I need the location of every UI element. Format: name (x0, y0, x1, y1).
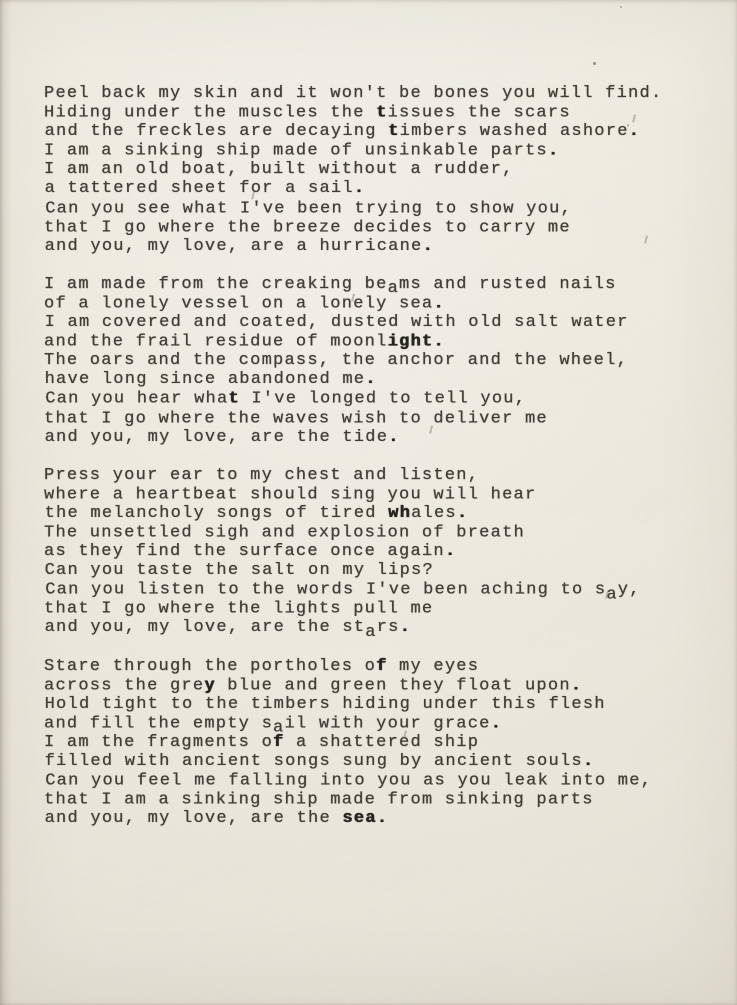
poem: Peel back my skin and it won't be bones … (44, 84, 662, 847)
poem-line: and fill the empty sail with your grace. (44, 714, 662, 733)
poem-line: Can you listen to the words I've been ac… (45, 581, 663, 600)
poem-line: The oars and the compass, the anchor and… (44, 351, 662, 370)
poem-line: Press your ear to my chest and listen, (44, 466, 662, 485)
paper-speck (593, 62, 596, 65)
poem-line: and you, my love, are the sea. (45, 809, 663, 828)
double-struck-text: f (376, 657, 387, 676)
double-struck-text: t (388, 122, 399, 141)
double-struck-text: . (433, 294, 444, 313)
double-struck-text: sea. (342, 809, 388, 828)
double-struck-text: . (445, 542, 456, 561)
poem-line: that I go where the waves wish to delive… (44, 409, 662, 428)
poem-line: have long since abandoned me. (45, 370, 663, 389)
poem-line: and you, my love, are the stars. (45, 618, 663, 637)
poem-line: of a lonely vessel on a lonely sea. (44, 294, 662, 313)
double-struck-text: . (354, 179, 365, 198)
poem-line: and the freckles are decaying timbers wa… (45, 122, 663, 141)
double-struck-text: wh (388, 504, 411, 523)
double-struck-text: . (400, 618, 411, 637)
double-struck-text: . (548, 142, 559, 161)
poem-line: as they find the surface once again. (44, 542, 662, 561)
double-struck-text: t (228, 390, 239, 409)
double-struck-text: ight. (388, 332, 445, 351)
poem-line: across the grey blue and green they floa… (44, 676, 662, 695)
paper-speck (620, 6, 622, 8)
poem-stanza: I am made from the creaking beams and ru… (44, 275, 662, 447)
poem-line: Hold tight to the timbers hiding under t… (45, 695, 663, 714)
double-struck-text: . (423, 237, 434, 256)
poem-line: filled with ancient songs sung by ancien… (45, 752, 663, 771)
poem-line: the melancholy songs of tired whales. (45, 504, 663, 523)
poem-line: Peel back my skin and it won't be bones … (44, 84, 662, 103)
double-struck-text: . (571, 676, 582, 695)
poem-line: and the frail residue of moonlight. (44, 332, 662, 351)
poem-line: and you, my love, are a hurricane. (45, 237, 663, 256)
poem-line: I am covered and coated, dusted with old… (45, 313, 663, 332)
poem-line: Can you taste the salt on my lips? (45, 561, 663, 580)
double-struck-text: . (629, 122, 640, 141)
poem-line: I am a sinking ship made of unsinkable p… (44, 142, 662, 161)
poem-line: that I go where the breeze decides to ca… (44, 218, 662, 237)
poem-line: I am made from the creaking beams and ru… (44, 275, 662, 294)
poem-stanza: Press your ear to my chest and listen,wh… (44, 466, 662, 638)
poem-line: a tattered sheet for a sail. (45, 179, 663, 198)
dropped-char: a (365, 623, 376, 642)
poem-stanza: Peel back my skin and it won't be bones … (44, 84, 662, 256)
double-struck-text: . (365, 370, 376, 389)
poem-line: that I go where the lights pull me (44, 600, 662, 619)
double-struck-text: y (204, 676, 215, 695)
double-struck-text: . (583, 752, 594, 771)
poem-line: Hiding under the muscles the tissues the… (44, 103, 662, 122)
poem-line: The unsettled sigh and explosion of brea… (44, 523, 662, 542)
poem-line: and you, my love, are the tide. (45, 427, 663, 446)
paper-sheet: Peel back my skin and it won't be bones … (0, 0, 737, 1005)
poem-stanza: Stare through the portholes of my eyesac… (44, 657, 662, 829)
double-struck-text: t (376, 103, 387, 122)
poem-line: that I am a sinking ship made from sinki… (44, 790, 662, 809)
dropped-char: a (273, 719, 284, 738)
poem-line: Can you hear what I've longed to tell yo… (45, 390, 663, 409)
double-struck-text: . (388, 427, 399, 446)
poem-line: I am an old boat, built without a rudder… (44, 160, 662, 179)
double-struck-text: . (491, 714, 502, 733)
double-struck-text: . (457, 504, 468, 523)
poem-line: where a heartbeat should sing you will h… (44, 485, 662, 504)
poem-line: Can you see what I've been trying to sho… (45, 199, 663, 218)
poem-line: I am the fragments of a shattered ship (44, 733, 662, 752)
poem-line: Stare through the portholes of my eyes (44, 657, 662, 676)
poem-line: Can you feel me falling into you as you … (45, 771, 663, 790)
